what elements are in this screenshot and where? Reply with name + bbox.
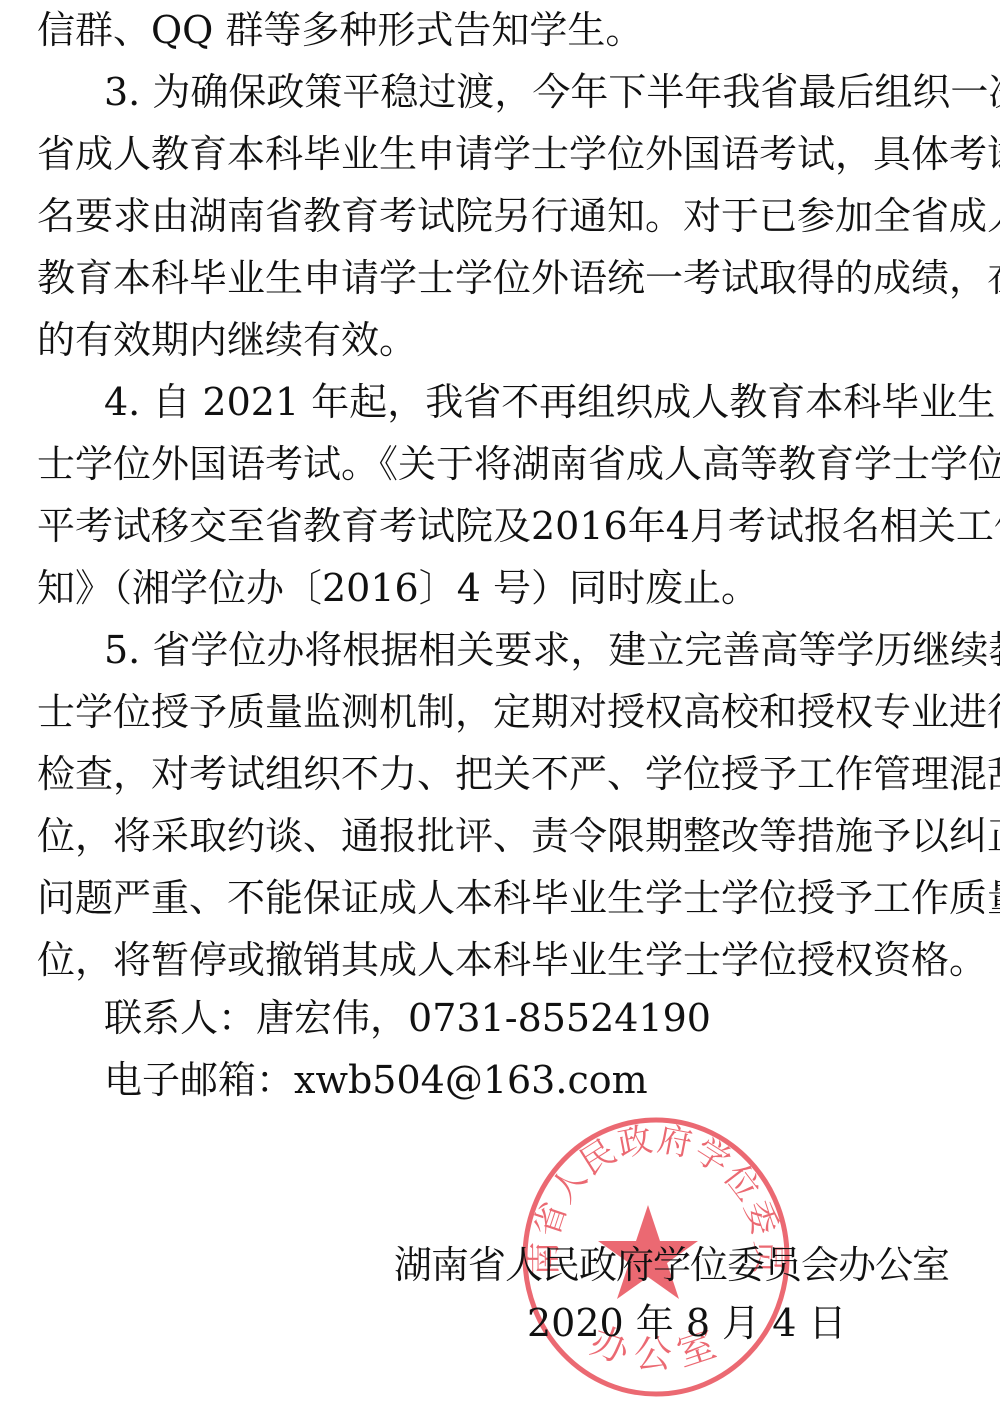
document-page: 信群、QQ 群等多种形式告知学生。 3. 为确保政策平稳过渡，今年下半年我省最后… [0, 0, 1000, 1414]
paragraph-line: 教育本科毕业生申请学士学位外语统一考试取得的成绩，在规定 [37, 250, 967, 306]
signature-organization: 湖南省人民政府学位委员会办公室 [394, 1237, 949, 1293]
paragraph-line: 信群、QQ 群等多种形式告知学生。 [37, 2, 967, 58]
paragraph-line: 4. 自 2021 年起，我省不再组织成人教育本科毕业生申请学 [104, 374, 967, 430]
paragraph-line: 省成人教育本科毕业生申请学士学位外国语考试，具体考试及报 [37, 126, 967, 182]
paragraph-line: 知》（湘学位办〔2016〕4 号）同时废止。 [37, 560, 967, 616]
contact-email-value: xwb504@163.com [294, 1058, 648, 1102]
signature-date: 2020 年 8 月 4 日 [527, 1295, 846, 1351]
paragraph-line: 平考试移交至省教育考试院及2016年4月考试报名相关工作的通 [37, 498, 967, 554]
paragraph-line: 3. 为确保政策平稳过渡，今年下半年我省最后组织一次湖南 [104, 64, 967, 120]
paragraph-line: 5. 省学位办将根据相关要求，建立完善高等学历继续教育学 [104, 622, 967, 678]
paragraph-line: 的有效期内继续有效。 [37, 312, 967, 368]
contact-email-line: 电子邮箱：xwb504@163.com [104, 1052, 648, 1108]
contact-person-value: 唐宏伟，0731-85524190 [256, 996, 711, 1040]
paragraph-line: 士学位授予质量监测机制，定期对授权高校和授权专业进行监督 [37, 684, 967, 740]
paragraph-line: 士学位外国语考试。《关于将湖南省成人高等教育学士学位外语水 [37, 436, 967, 492]
contact-person-label: 联系人： [104, 996, 256, 1040]
paragraph-line: 问题严重、不能保证成人本科毕业生学士学位授予工作质量的单 [37, 870, 967, 926]
paragraph-line: 位，将暂停或撤销其成人本科毕业生学士学位授权资格。 [37, 932, 967, 988]
contact-person-line: 联系人：唐宏伟，0731-85524190 [104, 990, 711, 1046]
paragraph-line: 名要求由湖南省教育考试院另行通知。对于已参加全省成人高等 [37, 188, 967, 244]
paragraph-line: 检查，对考试组织不力、把关不严、学位授予工作管理混乱的单 [37, 746, 967, 802]
paragraph-line: 位，将采取约谈、通报批评、责令限期整改等措施予以纠正；对 [37, 808, 967, 864]
contact-email-label: 电子邮箱： [104, 1058, 294, 1102]
